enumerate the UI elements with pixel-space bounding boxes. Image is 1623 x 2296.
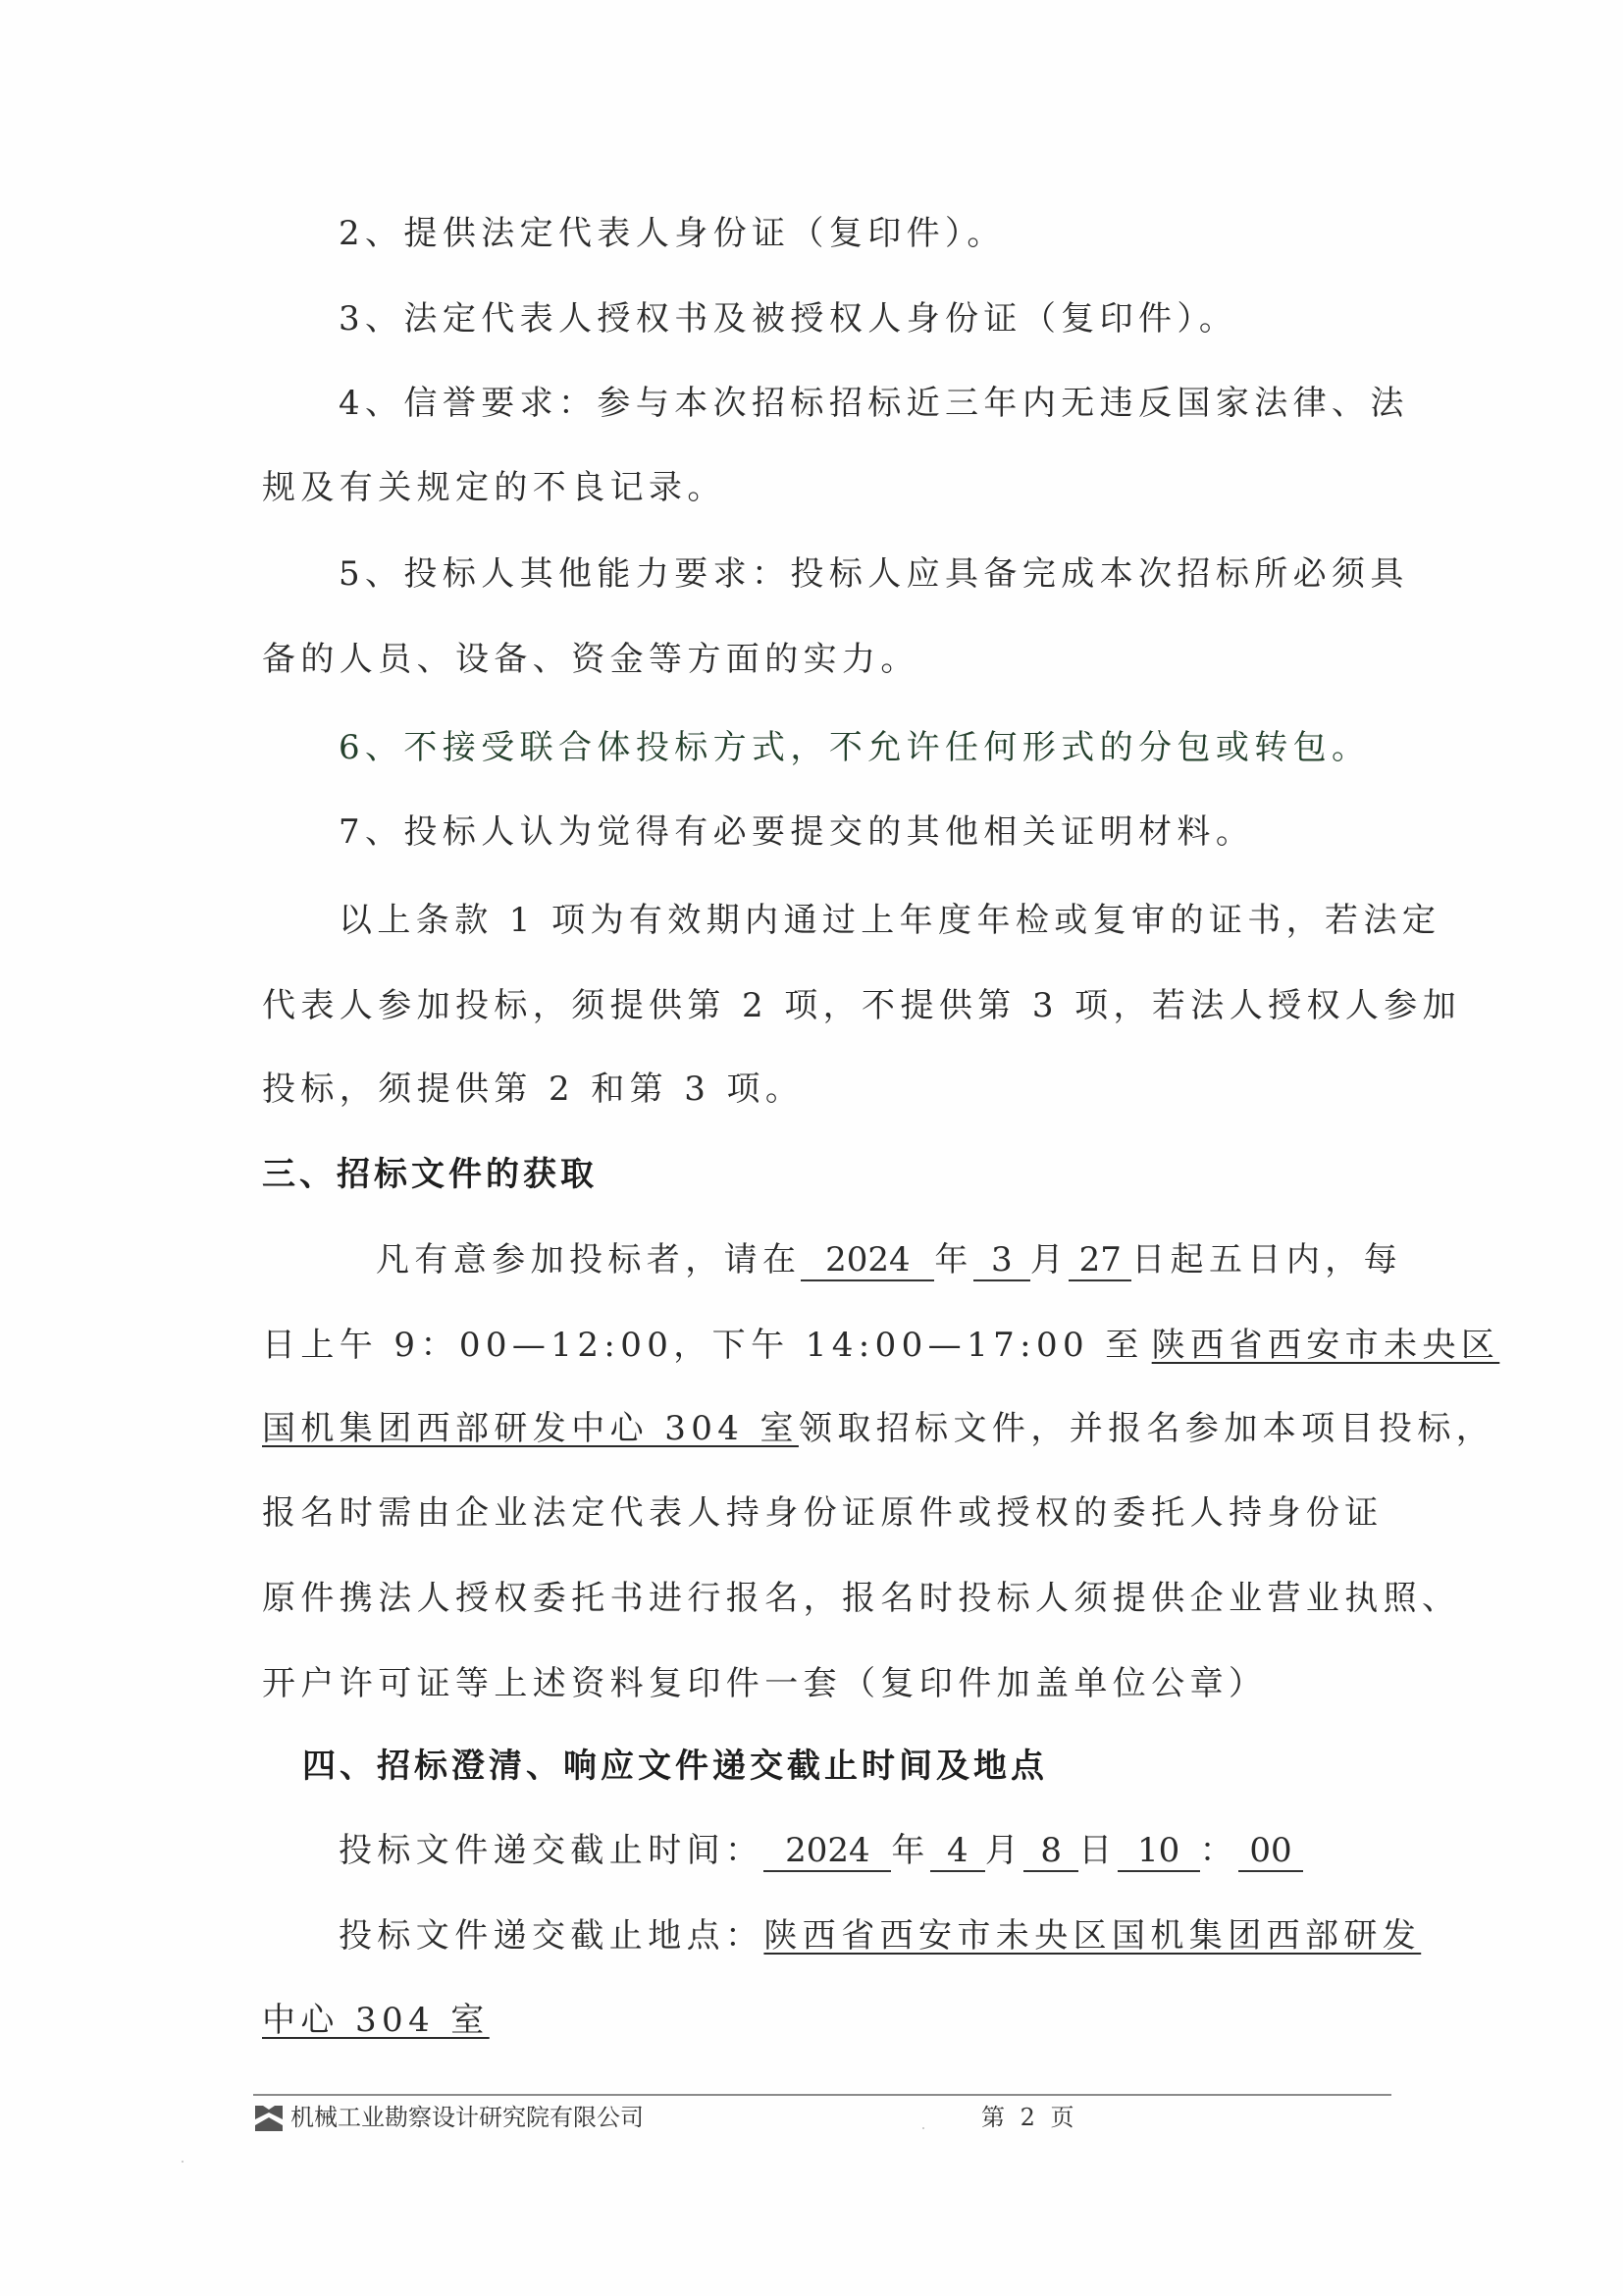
intro-text: 凡有意参加投标者，请在 bbox=[376, 1240, 801, 1279]
section-3-paragraph-line2: 日上午 9：00—12:00，下午 14:00—17:00 至陕西省西安市未央区 bbox=[262, 1324, 1499, 1367]
scan-speck bbox=[182, 2161, 183, 2163]
scan-speck bbox=[922, 2127, 924, 2129]
requirement-item-5-line2: 备的人员、设备、资金等方面的实力。 bbox=[262, 638, 919, 681]
requirement-item-5-line1: 5、投标人其他能力要求：投标人应具备完成本次招标所必须具 bbox=[339, 552, 1409, 596]
deadline-minute-field: 00 bbox=[1238, 1831, 1303, 1872]
requirement-item-3: 3、法定代表人授权书及被授权人身份证（复印件）。 bbox=[339, 297, 1237, 340]
section-3-paragraph-line5: 原件携法人授权委托书进行报名，报名时投标人须提供企业营业执照、 bbox=[262, 1577, 1460, 1620]
section-4-heading: 四、招标澄清、响应文件递交截止时间及地点 bbox=[302, 1745, 1048, 1788]
requirement-item-4-line1: 4、信誉要求：参与本次招标招标近三年内无违反国家法律、法 bbox=[339, 382, 1409, 425]
deadline-location-line: 投标文件递交截止地点：陕西省西安市未央区国机集团西部研发 bbox=[339, 1914, 1421, 1957]
requirement-item-6: 6、不接受联合体投标方式，不允许任何形式的分包或转包。 bbox=[339, 726, 1370, 769]
section-3-paragraph-line4: 报名时需由企业法定代表人持身份证原件或授权的委托人持身份证 bbox=[262, 1491, 1384, 1535]
start-day-field: 27 bbox=[1069, 1240, 1131, 1281]
section-3-paragraph-line3: 国机集团西部研发中心 304 室领取招标文件，并报名参加本项目投标， bbox=[262, 1407, 1494, 1450]
deadline-location-part2: 中心 304 室 bbox=[262, 2001, 490, 2040]
day-suffix: 日起五日内，每 bbox=[1131, 1240, 1402, 1279]
page-number: 第 2 页 bbox=[981, 2100, 1078, 2135]
deadline-day-suffix: 日 bbox=[1078, 1831, 1117, 1870]
pickup-address-part1: 陕西省西安市未央区 bbox=[1144, 1326, 1500, 1365]
deadline-location-label: 投标文件递交截止地点： bbox=[339, 1916, 763, 1956]
year-suffix: 年 bbox=[934, 1240, 972, 1279]
month-suffix: 月 bbox=[1030, 1240, 1069, 1279]
requirement-item-7: 7、投标人认为觉得有必要提交的其他相关证明材料。 bbox=[339, 810, 1254, 854]
start-year-field: 2024 bbox=[801, 1240, 934, 1281]
company-name: 机械工业勘察设计研究院有限公司 bbox=[290, 2104, 644, 2131]
requirement-item-2: 2、提供法定代表人身份证（复印件）。 bbox=[339, 212, 1006, 255]
pickup-instruction: 领取招标文件，并报名参加本项目投标， bbox=[799, 1409, 1494, 1448]
deadline-colon: ： bbox=[1200, 1831, 1238, 1870]
deadline-day-field: 8 bbox=[1023, 1831, 1078, 1872]
office-hours-text: 日上午 9：00—12:00，下午 14:00—17:00 至 bbox=[262, 1326, 1144, 1365]
deadline-month-field: 4 bbox=[930, 1831, 985, 1872]
note-line-1: 以上条款 1 项为有效期内通过上年度年检或复审的证书，若法定 bbox=[339, 899, 1440, 942]
deadline-location-line2: 中心 304 室 bbox=[262, 1999, 490, 2042]
document-page: 2、提供法定代表人身份证（复印件）。 3、法定代表人授权书及被授权人身份证（复印… bbox=[0, 0, 1623, 2296]
start-month-field: 3 bbox=[973, 1240, 1030, 1281]
note-line-2: 代表人参加投标，须提供第 2 项，不提供第 3 项，若法人授权人参加 bbox=[262, 984, 1461, 1027]
pickup-address-part2: 国机集团西部研发中心 304 室 bbox=[262, 1409, 799, 1448]
deadline-location-part1: 陕西省西安市未央区国机集团西部研发 bbox=[763, 1916, 1421, 1956]
deadline-month-suffix: 月 bbox=[985, 1831, 1023, 1870]
deadline-time-line: 投标文件递交截止时间：2024年4月8日10：00 bbox=[339, 1829, 1303, 1872]
footer-divider bbox=[253, 2094, 1391, 2096]
section-3-heading: 三、招标文件的获取 bbox=[262, 1153, 598, 1196]
section-3-paragraph-line1: 凡有意参加投标者，请在2024年3月27日起五日内，每 bbox=[376, 1238, 1402, 1281]
section-3-paragraph-line6: 开户许可证等上述资料复印件一套（复印件加盖单位公章） bbox=[262, 1662, 1267, 1705]
deadline-year-field: 2024 bbox=[763, 1831, 891, 1872]
deadline-time-label: 投标文件递交截止时间： bbox=[339, 1831, 763, 1870]
requirement-item-4-line2: 规及有关规定的不良记录。 bbox=[262, 466, 726, 509]
deadline-year-suffix: 年 bbox=[891, 1831, 929, 1870]
note-line-3: 投标，须提供第 2 和第 3 项。 bbox=[262, 1068, 804, 1111]
company-logo-icon bbox=[253, 2104, 285, 2133]
footer-company: 机械工业勘察设计研究院有限公司 bbox=[253, 2100, 644, 2135]
deadline-hour-field: 10 bbox=[1118, 1831, 1200, 1872]
